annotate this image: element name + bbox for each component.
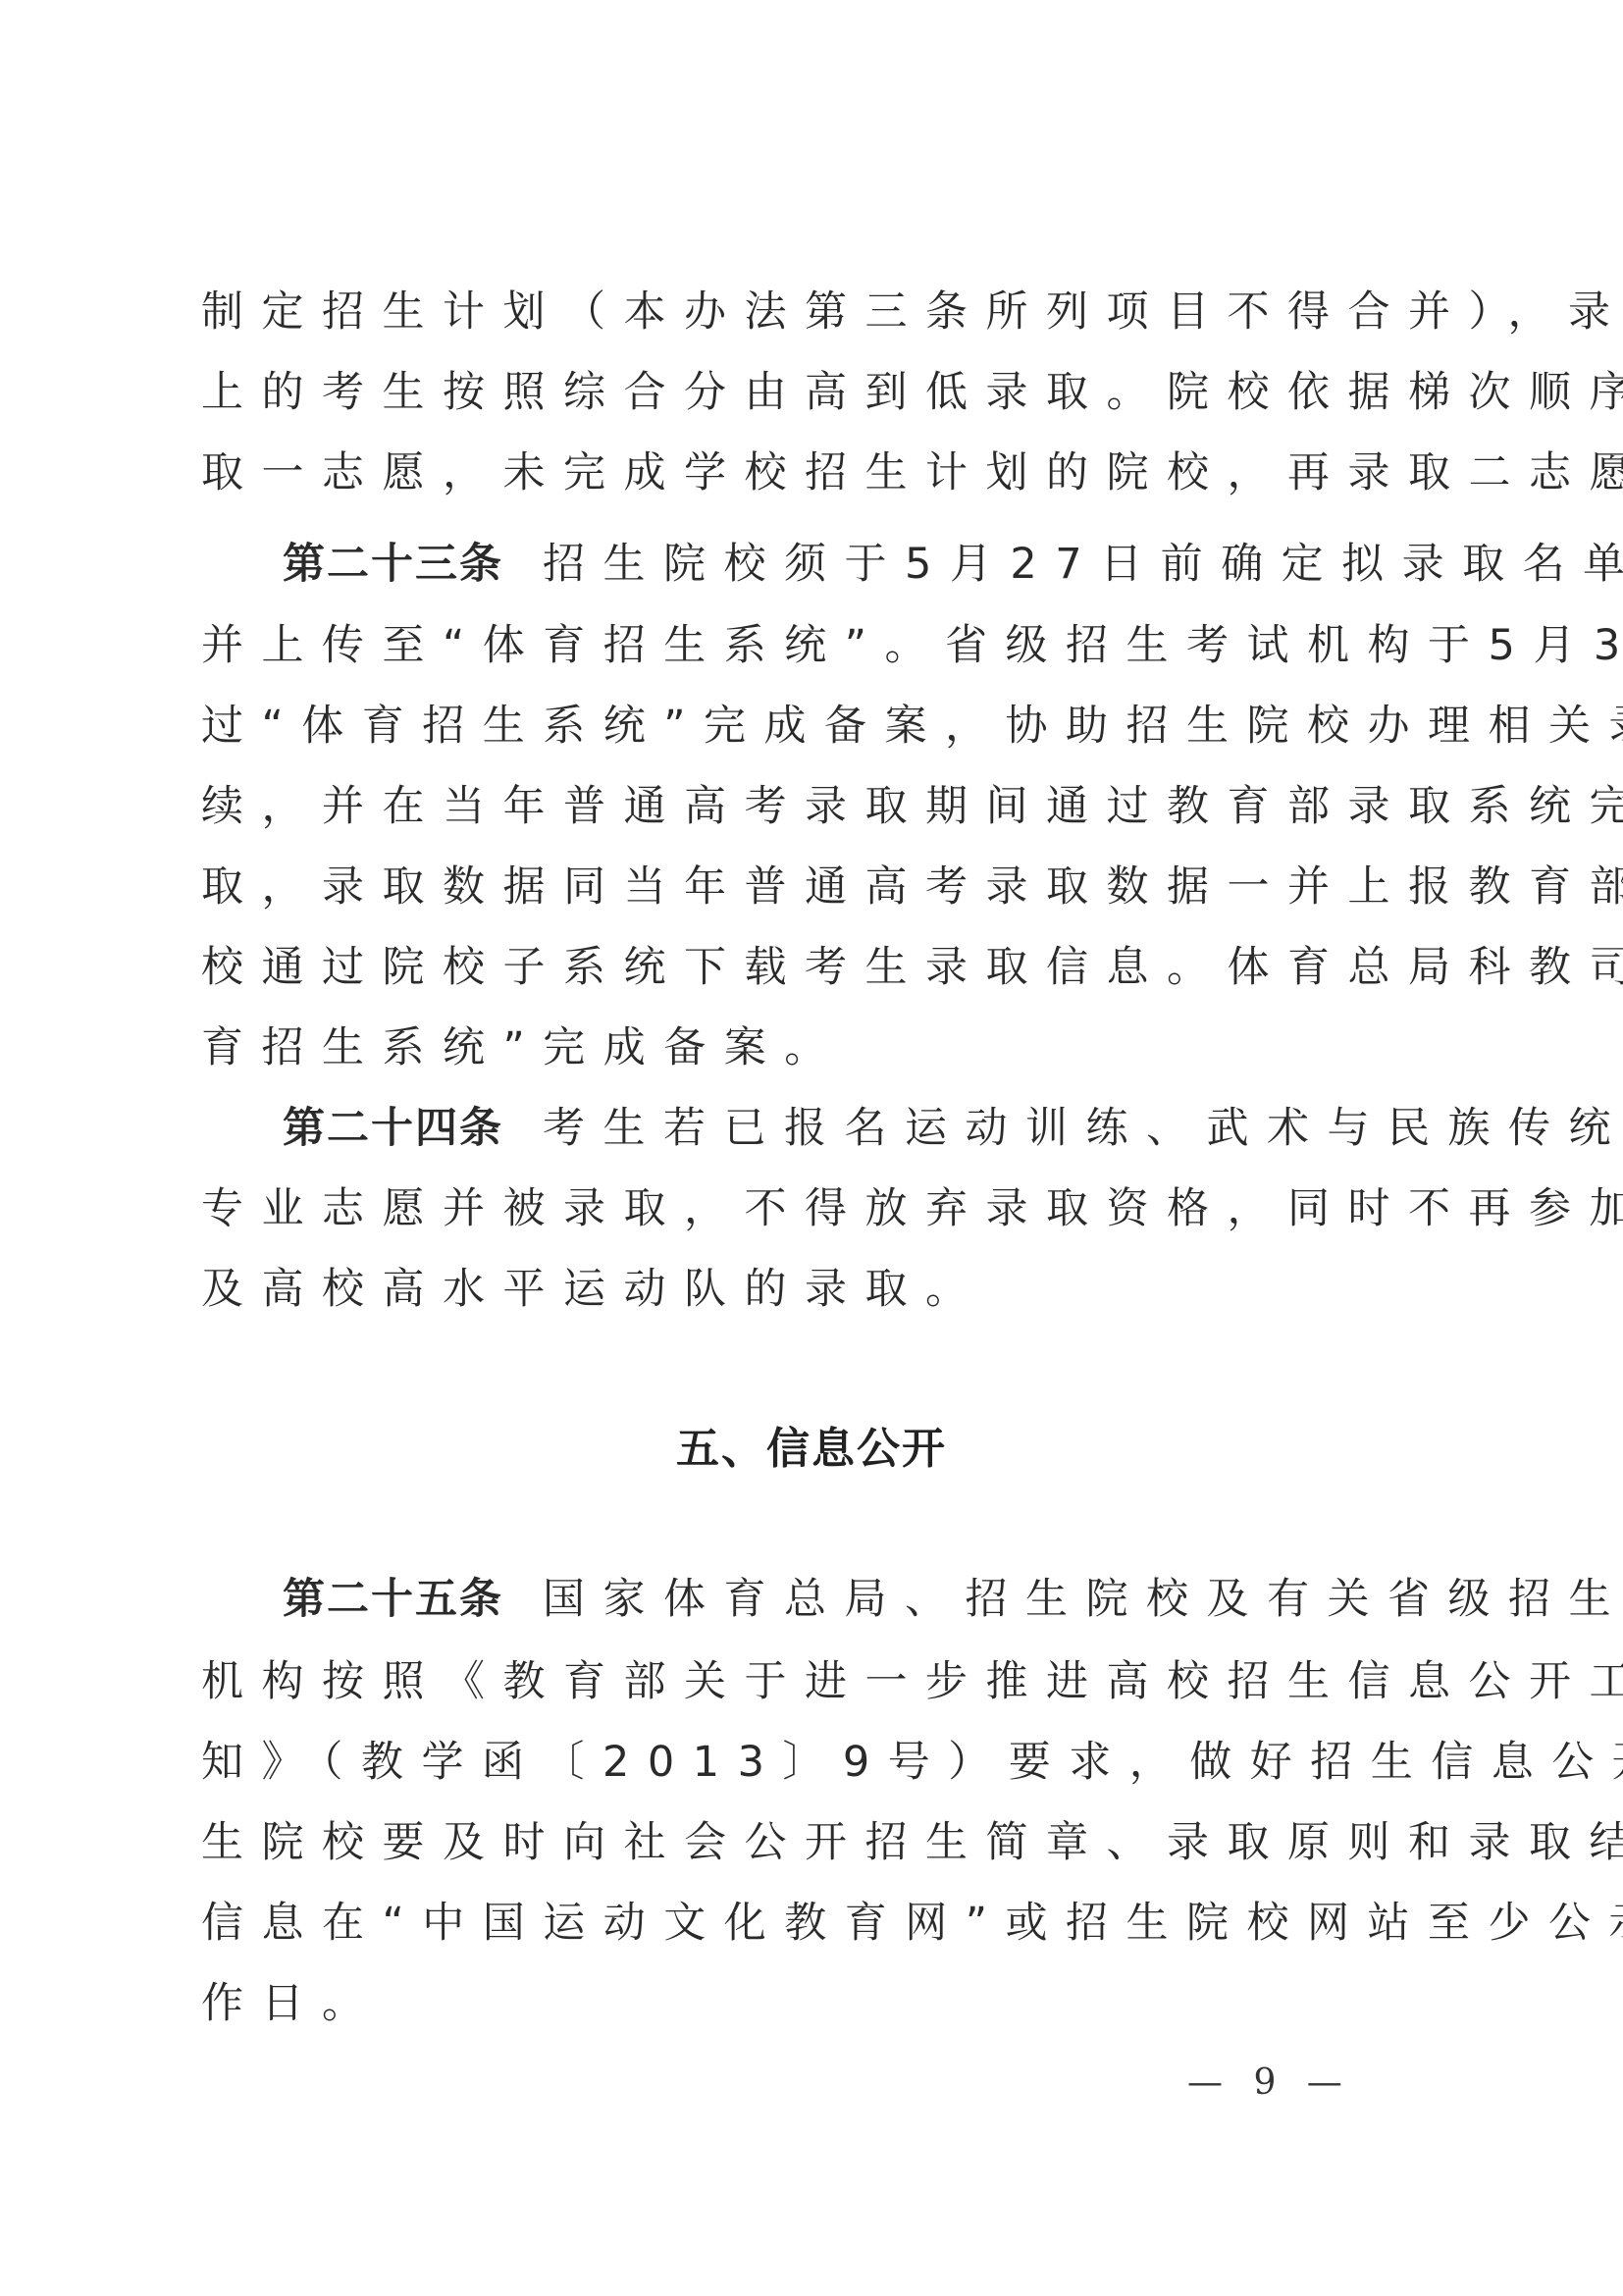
text-line: 并上传至“体育招生系统”。省级招生考试机构于5月31日前通 [201,616,1408,675]
text-line: 育招生系统”完成备案。 [201,1018,1408,1077]
article-25-title: 第二十五条 [283,1575,503,1624]
text-line: 知》（教学函〔2013〕9号）要求，做好招生信息公开工作。招 [201,1733,1408,1792]
text-span: 招生院校须于5月27日前确定拟录取名单， [543,540,1623,589]
text-line: 过“体育招生系统”完成备案，协助招生院校办理相关录取手 [201,697,1408,756]
text-line: 机构按照《教育部关于进一步推进高校招生信息公开工作的通 [201,1652,1408,1711]
text-line: 生院校要及时向社会公开招生简章、录取原则和录取结果。有关 [201,1813,1408,1872]
document-page: 制定招生计划（本办法第三条所列项目不得合并），录取控制线 上的考生按照综合分由高… [0,0,1623,2296]
text-line: 及高校高水平运动队的录取。 [201,1260,1408,1319]
page-number: — 9 — [1187,2062,1352,2103]
text-line: 作日。 [201,1974,1408,2033]
article-24-first-line: 第二十四条考生若已报名运动训练、武术与民族传统体育 [283,1099,1408,1158]
text-span: 考生若已报名运动训练、武术与民族传统体育 [543,1104,1623,1153]
text-line: 制定招生计划（本办法第三条所列项目不得合并），录取控制线 [201,283,1408,341]
article-24-title: 第二十四条 [283,1104,503,1153]
article-23-first-line: 第二十三条招生院校须于5月27日前确定拟录取名单， [283,535,1408,594]
text-line: 取，录取数据同当年普通高考录取数据一并上报教育部，招生院 [201,858,1408,916]
article-25-first-line: 第二十五条国家体育总局、招生院校及有关省级招生考试 [283,1570,1408,1629]
text-line: 校通过院校子系统下载考生录取信息。体育总局科教司通过“体 [201,938,1408,997]
text-span: 国家体育总局、招生院校及有关省级招生考试 [543,1575,1623,1624]
text-line: 专业志愿并被录取，不得放弃录取资格，同时不再参加普通高考 [201,1179,1408,1238]
text-line: 取一志愿，未完成学校招生计划的院校，再录取二志愿。 [201,444,1408,502]
text-line: 续，并在当年普通高考录取期间通过教育部录取系统完成网上录 [201,777,1408,836]
section-heading: 五、信息公开 [0,1413,1623,1476]
text-line: 信息在“中国运动文化教育网”或招生院校网站至少公示5个工 [201,1894,1408,1953]
article-23-title: 第二十三条 [283,540,503,589]
text-line: 上的考生按照综合分由高到低录取。院校依据梯次顺序，优先录 [201,363,1408,422]
